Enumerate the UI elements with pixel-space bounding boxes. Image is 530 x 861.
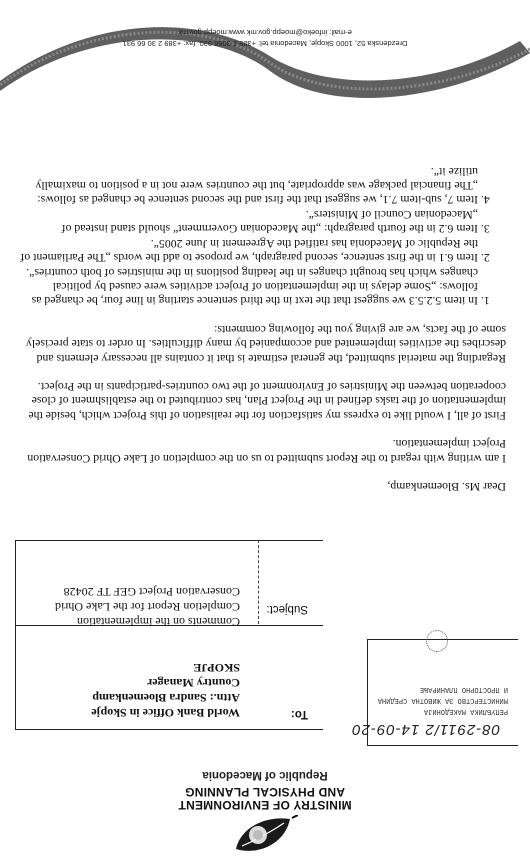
comments-list: In item 5.2.5.3 we suggest that the text…	[18, 164, 506, 308]
stamp-text: РЕПУБЛИКА МАКЕДОНИЈА МИНИСТЕРСТВО ЗА ЖИВ…	[348, 683, 508, 716]
paragraph: Regarding the material submitted, the ge…	[18, 322, 506, 365]
divider	[15, 540, 16, 730]
divider	[15, 540, 323, 541]
comment-item: Item 6.2 in the fourth paragraph: „the M…	[18, 208, 478, 237]
footer-address: Drezdenska 52, 1000 Skopje, Macedonia te…	[90, 38, 440, 49]
seal-icon	[426, 630, 448, 652]
subject-label: Subject:	[266, 603, 308, 615]
subject-line: Conservation Project GEF TF 20428	[55, 584, 240, 599]
divider	[15, 729, 323, 730]
comment-item: Item 6.1 in the first sentence, second p…	[18, 236, 478, 265]
salutation: Dear Ms. Bloemenkamp,	[18, 480, 506, 494]
republic-name: Republic of Macedonia	[150, 769, 380, 781]
stamp-handwritten-number: 08-2911/2 14-09-20	[351, 721, 500, 738]
comment-item: In item 5.2.5.3 we suggest that the text…	[18, 265, 478, 308]
to-label: To:	[291, 708, 308, 720]
ministry-line-2: AND PHYSICAL PLANNING	[150, 785, 380, 798]
subject-line: Completion Report for the Lake Ohrid	[55, 599, 240, 614]
registry-stamp: РЕПУБЛИКА МАКЕДОНИЈА МИНИСТЕРСТВО ЗА ЖИВ…	[343, 626, 528, 756]
paragraph: First of all, I would like to express my…	[18, 380, 506, 423]
leaf-logo-icon	[230, 815, 298, 859]
footer-email-web: e-mail: infoeko@moepp.gov.mk www.moepp.g…	[90, 27, 440, 38]
subject-divider	[258, 540, 259, 624]
paragraph: I am writing with regard to the Report s…	[18, 437, 506, 466]
recipient-address: World Bank Office in Skopje Attn.: Sandr…	[91, 660, 240, 720]
recipient-line: SKOPJE	[91, 660, 240, 675]
subject-text: Comments on the implementation Completio…	[55, 584, 240, 629]
recipient-line: Attn.: Sandra Bloemenkamp	[91, 690, 240, 705]
footer-contact: Drezdenska 52, 1000 Skopje, Macedonia te…	[90, 27, 440, 49]
footer-wave-decoration	[0, 0, 530, 111]
letter-page: MINISTRY OF ENVIRONMENT AND PHYSICAL PLA…	[0, 0, 530, 861]
stamp-line: МИНИСТЕРСТВО ЗА ЖИВОТНА СРЕДИНА	[348, 694, 508, 705]
subject-line: Comments on the implementation	[55, 614, 240, 629]
stamp-line: И ПРОСТОРНО ПЛАНИРАЊЕ	[348, 683, 508, 694]
comment-item: Item 7, sub-item 7.1, we suggest that th…	[18, 164, 478, 207]
stamp-line: РЕПУБЛИКА МАКЕДОНИЈА	[348, 705, 508, 716]
recipient-line: World Bank Office in Skopje	[91, 705, 240, 720]
letter-body: Dear Ms. Bloemenkamp, I am writing with …	[18, 164, 506, 494]
recipient-line: Country Manager	[91, 675, 240, 690]
ministry-name: MINISTRY OF ENVIRONMENT AND PHYSICAL PLA…	[150, 785, 380, 811]
ministry-line-1: MINISTRY OF ENVIRONMENT	[150, 798, 380, 811]
